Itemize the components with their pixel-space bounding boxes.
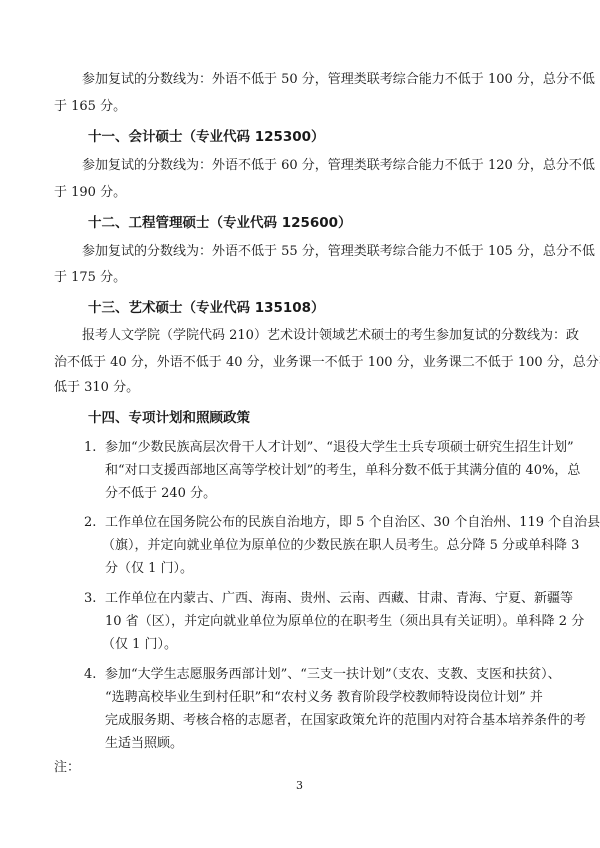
- list-number: 1.: [84, 440, 96, 456]
- list-item-line: 参加“大学生志愿服务西部计划”、“三支一扶计划”（支农、支教、支医和扶贫）、: [105, 667, 561, 683]
- paragraph-line: 参加复试的分数线为：外语不低于 60 分，管理类联考综合能力不低于 120 分，…: [82, 158, 595, 174]
- paragraph-line: 参加复试的分数线为：外语不低于 50 分，管理类联考综合能力不低于 100 分，…: [82, 72, 595, 88]
- section-heading-engineering-management: 十二、工程管理硕士（专业代码 125600）: [88, 215, 352, 231]
- list-item-line: 工作单位在国务院公布的民族自治地方，即 5 个自治区、30 个自治州、119 个…: [105, 515, 600, 531]
- list-item-line: 10 省（区），并定向就业单位为原单位的在职考生（须出具有关证明）。单科降 2 …: [105, 614, 584, 630]
- section-heading-fine-arts: 十三、艺术硕士（专业代码 135108）: [88, 300, 325, 316]
- list-item-line: 生适当照顾。: [105, 736, 183, 752]
- paragraph-line: 低于 310 分。: [54, 380, 139, 396]
- list-item-line: 参加“少数民族高层次骨干人才计划”、“退役大学生士兵专项硕士研究生招生计划”: [105, 440, 574, 456]
- list-item-line: （旗），并定向就业单位为原单位的少数民族在职人员考生。总分降 5 分或单科降 3: [102, 538, 579, 554]
- list-item-line: “选聘高校毕业生到村任职”和“农村义务 教育阶段学校教师特设岗位计划” 并: [105, 690, 543, 706]
- notes-label: 注：: [54, 760, 80, 776]
- list-number: 2.: [84, 515, 96, 531]
- paragraph-line: 于 165 分。: [54, 99, 126, 115]
- section-heading-accounting: 十一、会计硕士（专业代码 125300）: [88, 129, 325, 145]
- paragraph-line: 于 190 分。: [54, 185, 126, 201]
- paragraph-line: 报考人文学院（学院代码 210）艺术设计领域艺术硕士的考生参加复试的分数线为：政: [82, 328, 579, 344]
- list-item-line: 分不低于 240 分。: [105, 486, 216, 502]
- paragraph-line: 于 175 分。: [54, 270, 126, 286]
- list-item-line: （仅 1 门）。: [102, 637, 177, 653]
- paragraph-line: 治不低于 40 分，外语不低于 40 分，业务课一不低于 100 分，业务课二不…: [54, 355, 600, 371]
- paragraph-line: 参加复试的分数线为：外语不低于 55 分，管理类联考综合能力不低于 105 分，…: [82, 244, 595, 260]
- list-number: 4.: [84, 667, 96, 683]
- list-item-line: 和“对口支援西部地区高等学校计划”的考生，单科分数不低于其满分值的 40%，总: [105, 463, 580, 479]
- list-item-line: 完成服务期、考核合格的志愿者，在国家政策允许的范围内对符合基本培养条件的考: [105, 713, 586, 729]
- list-item-line: 分（仅 1 门）。: [105, 561, 193, 577]
- page-number: 3: [296, 779, 303, 792]
- list-item-line: 工作单位在内蒙古、广西、海南、贵州、云南、西藏、甘肃、青海、宁夏、新疆等: [105, 591, 573, 607]
- list-number: 3.: [84, 591, 96, 607]
- section-heading-special-plans: 十四、专项计划和照顾政策: [88, 410, 250, 426]
